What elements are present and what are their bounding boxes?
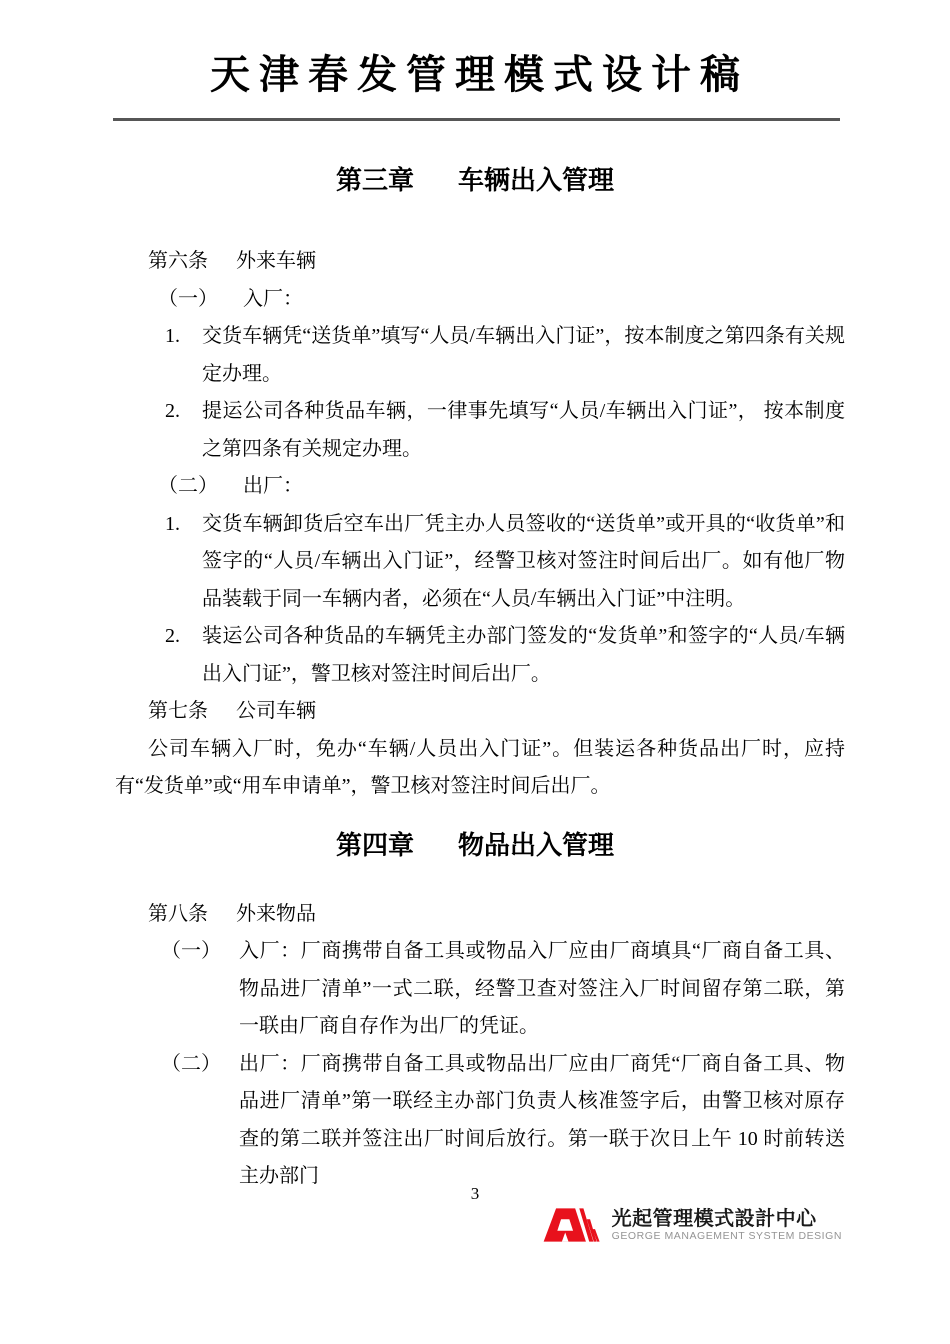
vehicle-section: 第六条外来车辆 （一）入厂： 1. 交货车辆凭“送货单”填写“人员/车辆出入门证… (115, 243, 845, 806)
exit-subheading-text: 出厂： (243, 475, 303, 497)
entry-subheading: （一）入厂： (115, 281, 845, 319)
exit-item-2: 2. 装运公司各种货品的车辆凭主办部门签发的“发货单”和签字的“人员/车辆出入门… (115, 618, 845, 693)
clause-7-heading: 第七条公司车辆 (115, 693, 845, 731)
exit-item-1-number: 1. (165, 506, 202, 619)
goods-section: 第八条外来物品 （一） 入厂：厂商携带自备工具或物品入厂应由厂商填具“厂商自备工… (115, 896, 845, 1196)
exit-item-2-text: 装运公司各种货品的车辆凭主办部门签发的“发货单”和签字的“人员/车辆出入门证”，… (202, 618, 845, 693)
chapter-3-number: 第三章 (336, 165, 414, 195)
clause-6-heading: 第六条外来车辆 (115, 243, 845, 281)
title-divider-rule (113, 118, 840, 121)
footer-logo-chinese-name: 光起管理模式設計中心 (612, 1208, 842, 1230)
entry-item-1: 1. 交货车辆凭“送货单”填写“人员/车辆出入门证”，按本制度之第四条有关规定办… (115, 318, 845, 393)
document-page: 天津春发管理模式设计稿 第三章车辆出入管理 第六条外来车辆 （一）入厂： 1. … (0, 0, 950, 1344)
entry-item-1-text: 交货车辆凭“送货单”填写“人员/车辆出入门证”，按本制度之第四条有关规定办理。 (202, 318, 845, 393)
footer-logo-text: 光起管理模式設計中心 GEORGE MANAGEMENT SYSTEM DESI… (612, 1208, 842, 1243)
chapter-4-number: 第四章 (336, 830, 414, 860)
clause-8-title: 外来物品 (236, 903, 316, 925)
goods-item-1: （一） 入厂：厂商携带自备工具或物品入厂应由厂商填具“厂商自备工具、物品进厂清单… (115, 933, 845, 1046)
chapter-4-title: 物品出入管理 (458, 830, 614, 860)
goods-item-2: （二） 出厂：厂商携带自备工具或物品出厂应由厂商凭“厂商自备工具、物品进厂清单”… (115, 1046, 845, 1196)
red-a-logo-icon (542, 1204, 600, 1246)
document-title: 天津春发管理模式设计稿 (0, 0, 950, 98)
clause-7-paragraph: 公司车辆入厂时，免办“车辆/人员出入门证”。但装运各种货品出厂时，应持有“发货单… (115, 731, 845, 806)
clause-7-title: 公司车辆 (236, 700, 316, 722)
chapter-3-heading: 第三章车辆出入管理 (0, 163, 950, 197)
exit-item-1-text: 交货车辆卸货后空车出厂凭主办人员签收的“送货单”或开具的“收货单”和签字的“人员… (202, 506, 845, 619)
chapter-3-title: 车辆出入管理 (458, 165, 614, 195)
entry-subheading-text: 入厂： (243, 288, 303, 310)
footer-logo: 光起管理模式設計中心 GEORGE MANAGEMENT SYSTEM DESI… (542, 1204, 842, 1246)
entry-item-1-number: 1. (165, 318, 202, 393)
goods-item-2-label: （二） (161, 1046, 239, 1196)
clause-8-label: 第八条 (148, 903, 208, 925)
footer-logo-english-name: GEORGE MANAGEMENT SYSTEM DESIGN (612, 1230, 842, 1243)
goods-item-1-text: 入厂：厂商携带自备工具或物品入厂应由厂商填具“厂商自备工具、物品进厂清单”一式二… (239, 933, 845, 1046)
goods-item-1-label: （一） (161, 933, 239, 1046)
page-number: 3 (0, 1184, 950, 1204)
exit-item-1: 1. 交货车辆卸货后空车出厂凭主办人员签收的“送货单”或开具的“收货单”和签字的… (115, 506, 845, 619)
clause-8-heading: 第八条外来物品 (115, 896, 845, 934)
clause-6-label: 第六条 (148, 250, 208, 272)
exit-subheading: （二）出厂： (115, 468, 845, 506)
clause-7-label: 第七条 (148, 700, 208, 722)
entry-item-2-text: 提运公司各种货品车辆，一律事先填写“人员/车辆出入门证”， 按本制度之第四条有关… (202, 393, 845, 468)
entry-item-2: 2. 提运公司各种货品车辆，一律事先填写“人员/车辆出入门证”， 按本制度之第四… (115, 393, 845, 468)
clause-6-title: 外来车辆 (236, 250, 316, 272)
entry-item-2-number: 2. (165, 393, 202, 468)
exit-subheading-label: （二） (158, 475, 218, 497)
entry-subheading-label: （一） (158, 288, 218, 310)
chapter-4-heading: 第四章物品出入管理 (0, 828, 950, 862)
goods-item-2-text: 出厂：厂商携带自备工具或物品出厂应由厂商凭“厂商自备工具、物品进厂清单”第一联经… (239, 1046, 845, 1196)
exit-item-2-number: 2. (165, 618, 202, 693)
